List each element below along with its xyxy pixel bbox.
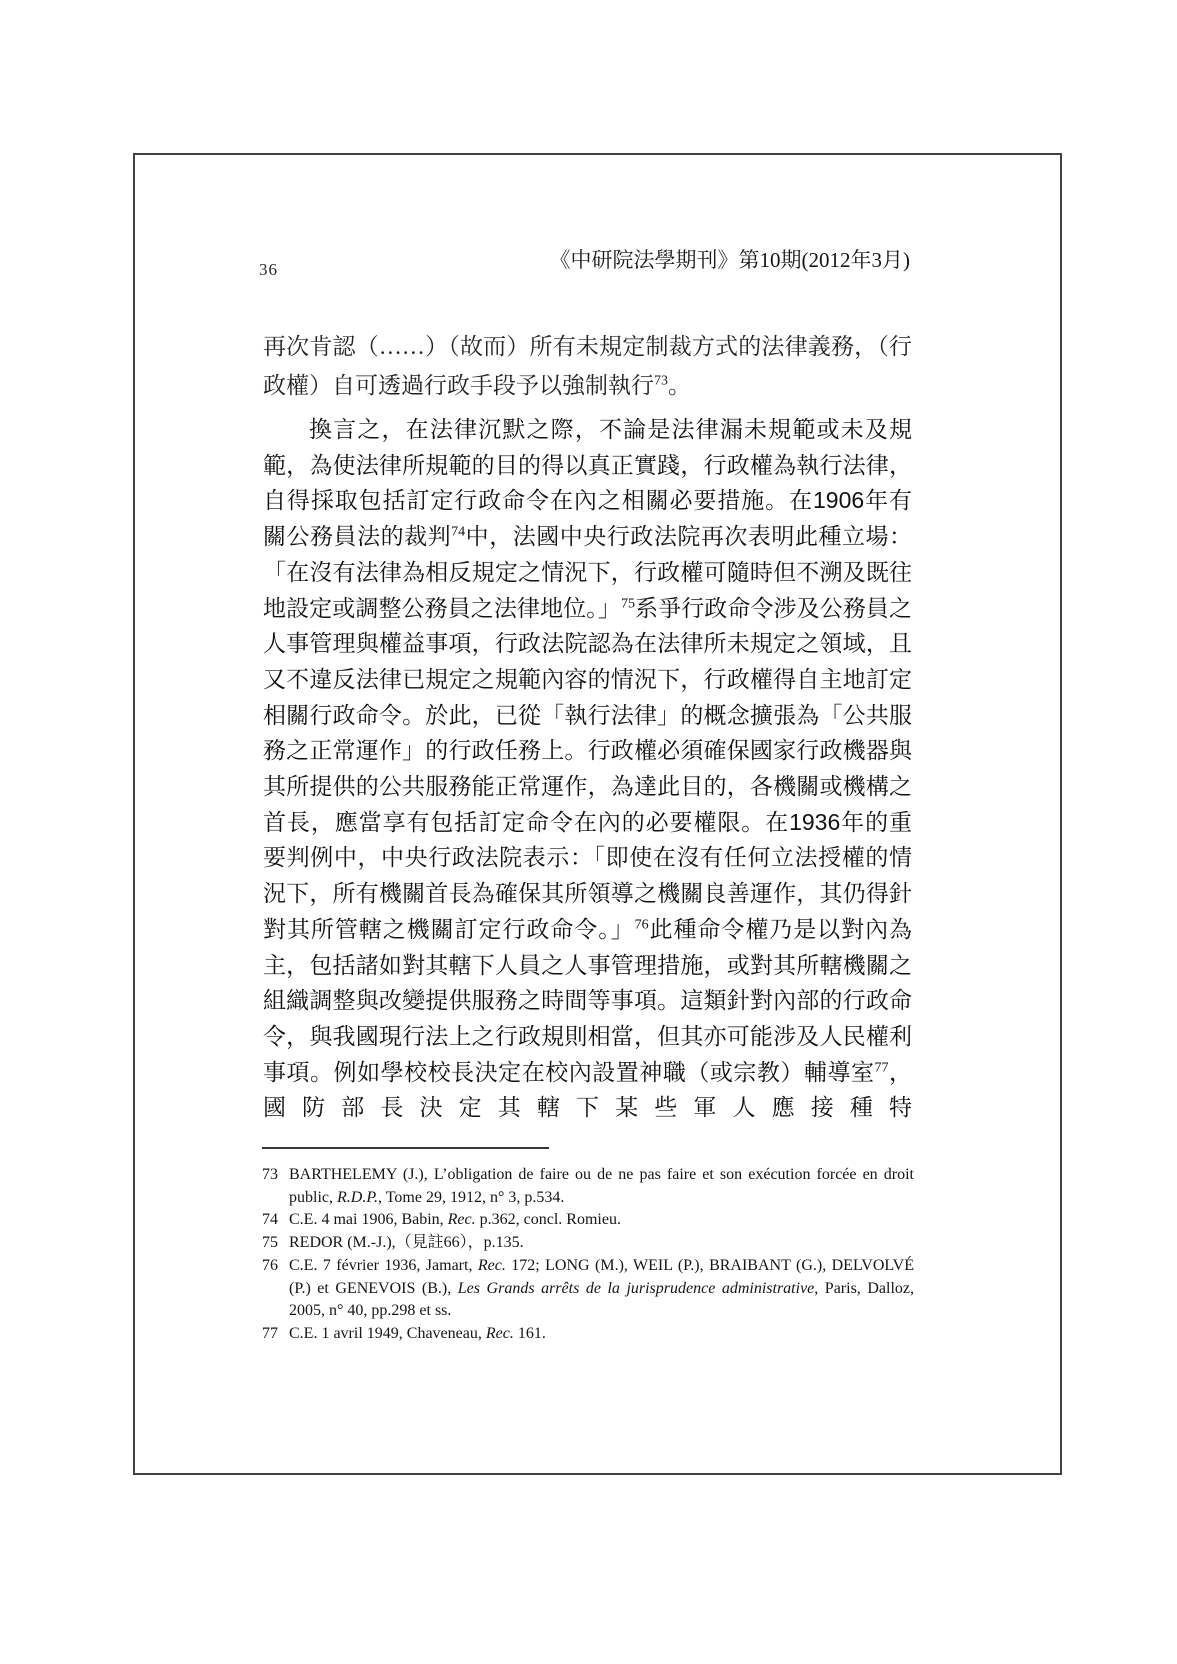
footnote-text: C.E. 1 avril 1949, Chaveneau, Rec. 161. [289,1323,914,1346]
footnote-76: 76 C.E. 7 février 1936, Jamart, Rec. 172… [262,1255,914,1323]
footnote-number: 77 [262,1323,289,1346]
footnote-ref-75: 75 [621,596,635,611]
footnote-text: C.E. 7 février 1936, Jamart, Rec. 172; L… [289,1255,914,1323]
footnote-ref-74: 74 [451,524,465,539]
citation-reporter: Rec. [486,1325,514,1342]
footnote-number: 73 [262,1164,289,1209]
citation-segment: , Tome 29, 1912, n° 3, p.534. [378,1189,564,1206]
quote-text: 再次肯認（……）（故而）所有未規定制裁方式的法律義務，（行政權）自可透過行政手段… [263,334,912,398]
footnote-ref-77: 77 [874,1060,888,1075]
footnote-text: C.E. 4 mai 1906, Babin, Rec. p.362, conc… [289,1209,914,1232]
footnote-number: 76 [262,1255,289,1323]
citation-segment: REDOR (M.-J.),（見註66），p.135. [289,1234,524,1251]
citation-segment: C.E. 7 février 1936, Jamart, [289,1257,478,1274]
footnotes-section: 73 BARTHELEMY (J.), L’obligation de fair… [262,1164,914,1346]
footnote-number: 74 [262,1209,289,1232]
text-segment: 系爭行政命令涉及公務員之人事管理與權益事項，行政法院認為在法律所未規定之領域，且… [263,595,912,942]
footnote-ref-76: 76 [635,917,649,932]
citation-journal: R.D.P. [337,1189,378,1206]
footnote-73: 73 BARTHELEMY (J.), L’obligation de fair… [262,1164,914,1209]
block-quote: 再次肯認（……）（故而）所有未規定制裁方式的法律義務，（行政權）自可透過行政手段… [263,327,912,405]
footnote-number: 75 [262,1232,289,1255]
quote-tail: 。 [668,373,691,398]
footnote-text: BARTHELEMY (J.), L’obligation de faire o… [289,1164,914,1209]
citation-segment: C.E. 1 avril 1949, Chaveneau, [289,1325,486,1342]
body-paragraph: 換言之，在法律沉默之際，不論是法律漏未規範或未及規範，為使法律所規範的目的得以真… [263,412,912,1126]
citation-book-title: Les Grands arrêts de la jurisprudence ad… [458,1280,815,1297]
citation-reporter: Rec. [448,1211,476,1228]
footnote-separator [262,1147,549,1149]
citation-segment: p.362, concl. Romieu. [476,1211,621,1228]
footnote-77: 77 C.E. 1 avril 1949, Chaveneau, Rec. 16… [262,1323,914,1346]
footnote-ref-73: 73 [654,373,668,388]
footnote-text: REDOR (M.-J.),（見註66），p.135. [289,1232,914,1255]
citation-segment: C.E. 4 mai 1906, Babin, [289,1211,448,1228]
footnote-75: 75 REDOR (M.-J.),（見註66），p.135. [262,1232,914,1255]
citation-reporter: Rec. [478,1257,506,1274]
journal-header: 《中研院法學期刊》第10期(2012年3月) [262,244,910,274]
citation-segment: 161. [514,1325,546,1342]
footnote-74: 74 C.E. 4 mai 1906, Babin, Rec. p.362, c… [262,1209,914,1232]
